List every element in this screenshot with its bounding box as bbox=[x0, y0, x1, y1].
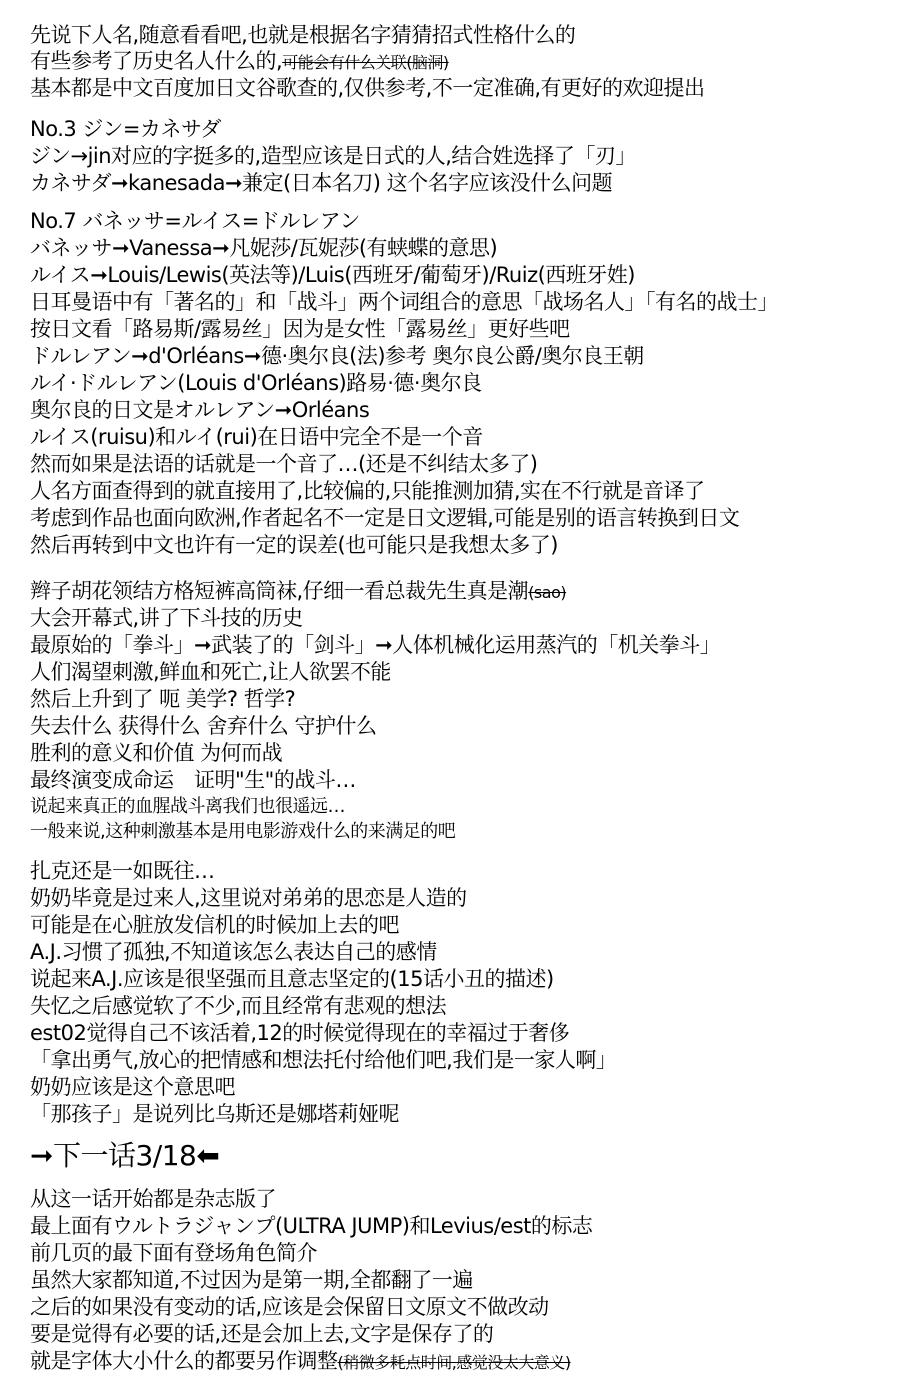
text-line: 之后的如果没有变动的话,应该是会保留日文原文不做改动 bbox=[30, 1294, 549, 1321]
text-line: 一般来说,这种刺激基本是用电影游戏什么的来满足的吧 bbox=[30, 818, 455, 845]
text-line: 「拿出勇气,放心的把情感和想法托付给他们吧,我们是一家人啊」 bbox=[30, 1047, 616, 1074]
text-line: ジン→jin对应的字挺多的,造型应该是日式的人,结合姓选择了「刃」 bbox=[30, 143, 636, 170]
text-line: 人名方面查得到的就直接用了,比较偏的,只能推测加猜,实在不行就是音译了 bbox=[30, 478, 705, 505]
text-line: 失忆之后感觉软了不少,而且经常有悲观的想法 bbox=[30, 993, 446, 1020]
text-line: カネサダ➞kanesada➞兼定(日本名刀) 这个名字应该没什么问题 bbox=[30, 170, 612, 197]
text-line: 基本都是中文百度加日文谷歌查的,仅供参考,不一定准确,有更好的欢迎提出 bbox=[30, 75, 705, 102]
text-line: 最原始的「拳斗」➞武装了的「剑斗」➞人体机械化运用蒸汽的「机关拳斗」 bbox=[30, 632, 720, 659]
text-line: 扎克还是一如既往… bbox=[30, 858, 215, 885]
text-line: 大会开幕式,讲了下斗技的历史 bbox=[30, 605, 303, 632]
section-title-no3: No.3 ジン=カネサダ bbox=[30, 116, 221, 143]
text-line: 奶奶毕竟是过来人,这里说对弟弟的思恋是人造的 bbox=[30, 885, 467, 912]
text-line: 然后再转到中文也许有一定的误差(也可能只是我想太多了) bbox=[30, 532, 558, 559]
text-line: 最终演变成命运 证明"生"的战斗… bbox=[30, 767, 356, 794]
text-line: 日耳曼语中有「著名的」和「战斗」两个词组合的意思「战场名人」「有名的战士」 bbox=[30, 289, 778, 316]
text-line: 辫子胡花领结方格短裤高筒袜,仔细一看总裁先生真是潮(sao) bbox=[30, 578, 566, 606]
text-line: 虽然大家都知道,不过因为是第一期,全都翻了一遍 bbox=[30, 1267, 473, 1294]
text-line: 考虑到作品也面向欧洲,作者起名不一定是日文逻辑,可能是别的语言转换到日文 bbox=[30, 505, 739, 532]
text-line: 失去什么 获得什么 舍弃什么 守护什么 bbox=[30, 713, 377, 740]
text-line: 前几页的最下面有登场角色简介 bbox=[30, 1240, 317, 1267]
text-line: 从这一话开始都是杂志版了 bbox=[30, 1186, 276, 1213]
document-page: 先说下人名,随意看看吧,也就是根据名字猜猜招式性格什么的 有些参考了历史名人什么… bbox=[0, 0, 900, 1400]
text-line: 就是字体大小什么的都要另作调整(稍微多耗点时间,感觉没太大意义) bbox=[30, 1348, 571, 1376]
next-episode-heading: ➞下一话3/18⬅ bbox=[30, 1139, 219, 1173]
text-line: 「那孩子」是说列比乌斯还是娜塔莉娅呢 bbox=[30, 1101, 399, 1128]
strikethrough-note: (sao) bbox=[528, 583, 566, 602]
text-line: 按日文看「路易斯/露易丝」因为是女性「露易丝」更好些吧 bbox=[30, 316, 570, 343]
text-line: 然而如果是法语的话就是一个音了…(还是不纠结太多了) bbox=[30, 451, 537, 478]
text-line: ドルレアン➞d'Orléans➞德·奥尔良(法)参考 奥尔良公爵/奥尔良王朝 bbox=[30, 343, 644, 370]
section-title-no7: No.7 バネッサ=ルイス=ドルレアン bbox=[30, 208, 360, 235]
text-line: 奶奶应该是这个意思吧 bbox=[30, 1074, 235, 1101]
text-line: 说起来A.J.应该是很坚强而且意志坚定的(15话小丑的描述) bbox=[30, 966, 554, 993]
strikethrough-note: (稍微多耗点时间,感觉没太大意义) bbox=[338, 1353, 571, 1372]
text-line: A.J.习惯了孤独,不知道该怎么表达自己的感情 bbox=[30, 939, 437, 966]
text-line: ルイ·ドルレアン(Louis d'Orléans)路易·德·奥尔良 bbox=[30, 370, 482, 397]
text-line: ルイス(ruisu)和ルイ(rui)在日语中完全不是一个音 bbox=[30, 424, 483, 451]
text-line: est02觉得自己不该活着,12的时候觉得现在的幸福过于奢侈 bbox=[30, 1020, 569, 1047]
text-line: 先说下人名,随意看看吧,也就是根据名字猜猜招式性格什么的 bbox=[30, 22, 575, 49]
text-line: 奥尔良的日文是オルレアン➞Orléans bbox=[30, 397, 369, 424]
text-line: 人们渴望刺激,鲜血和死亡,让人欲罢不能 bbox=[30, 659, 391, 686]
strikethrough-note: 可能会有什么关联(脑洞) bbox=[282, 53, 449, 72]
text-line: ルイス➞Louis/Lewis(英法等)/Luis(西班牙/葡萄牙)/Ruiz(… bbox=[30, 262, 635, 289]
text-line: 然后上升到了 呃 美学? 哲学? bbox=[30, 686, 295, 713]
text-line: 要是觉得有必要的话,还是会加上去,文字是保存了的 bbox=[30, 1321, 493, 1348]
text-line: バネッサ➞Vanessa➞凡妮莎/瓦妮莎(有蛱蝶的意思) bbox=[30, 235, 497, 262]
text-line: 有些参考了历史名人什么的,可能会有什么关联(脑洞) bbox=[30, 48, 449, 76]
text-line: 说起来真正的血腥战斗离我们也很遥远… bbox=[30, 793, 345, 820]
text-line: 可能是在心脏放发信机的时候加上去的吧 bbox=[30, 912, 399, 939]
text-line: 胜利的意义和价值 为何而战 bbox=[30, 740, 282, 767]
text-line: 最上面有ウルトラジャンプ(ULTRA JUMP)和Levius/est的标志 bbox=[30, 1213, 592, 1240]
